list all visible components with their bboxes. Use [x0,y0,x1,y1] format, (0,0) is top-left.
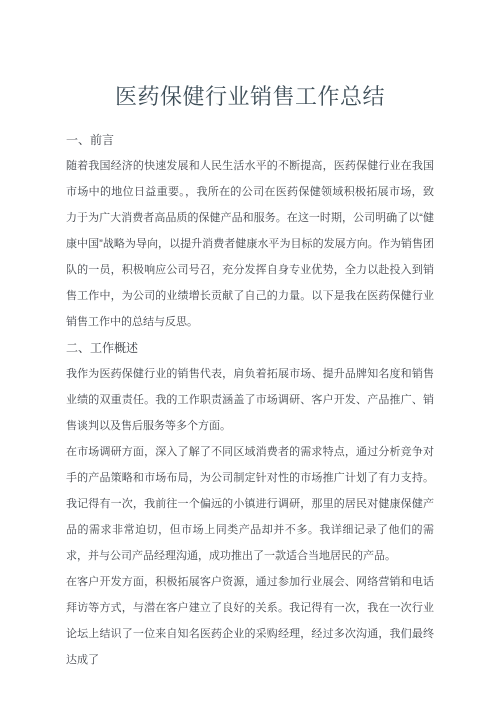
section-heading-preface: 一、前言 [66,127,434,153]
paragraph-overview-1: 我作为医药保健行业的销售代表，肩负着拓展市场、提升品牌知名度和销售业绩的双重责任… [66,361,434,439]
paragraph-preface-1: 随着我国经济的快速发展和人民生活水平的不断提高，医药保健行业在我国市场中的地位日… [66,153,434,335]
paragraph-overview-2: 在市场调研方面，深入了解了不同区域消费者的需求特点，通过分析竞争对手的产品策略和… [66,439,434,569]
document-title: 医药保健行业销售工作总结 [0,0,500,112]
document-page: 医药保健行业销售工作总结 一、前言 随着我国经济的快速发展和人民生活水平的不断提… [0,0,500,707]
document-body: 一、前言 随着我国经济的快速发展和人民生活水平的不断提高，医药保健行业在我国市场… [66,127,434,673]
paragraph-overview-3: 在客户开发方面，积极拓展客户资源，通过参加行业展会、网络营销和电话拜访等方式，与… [66,569,434,673]
section-heading-work-overview: 二、工作概述 [66,335,434,361]
